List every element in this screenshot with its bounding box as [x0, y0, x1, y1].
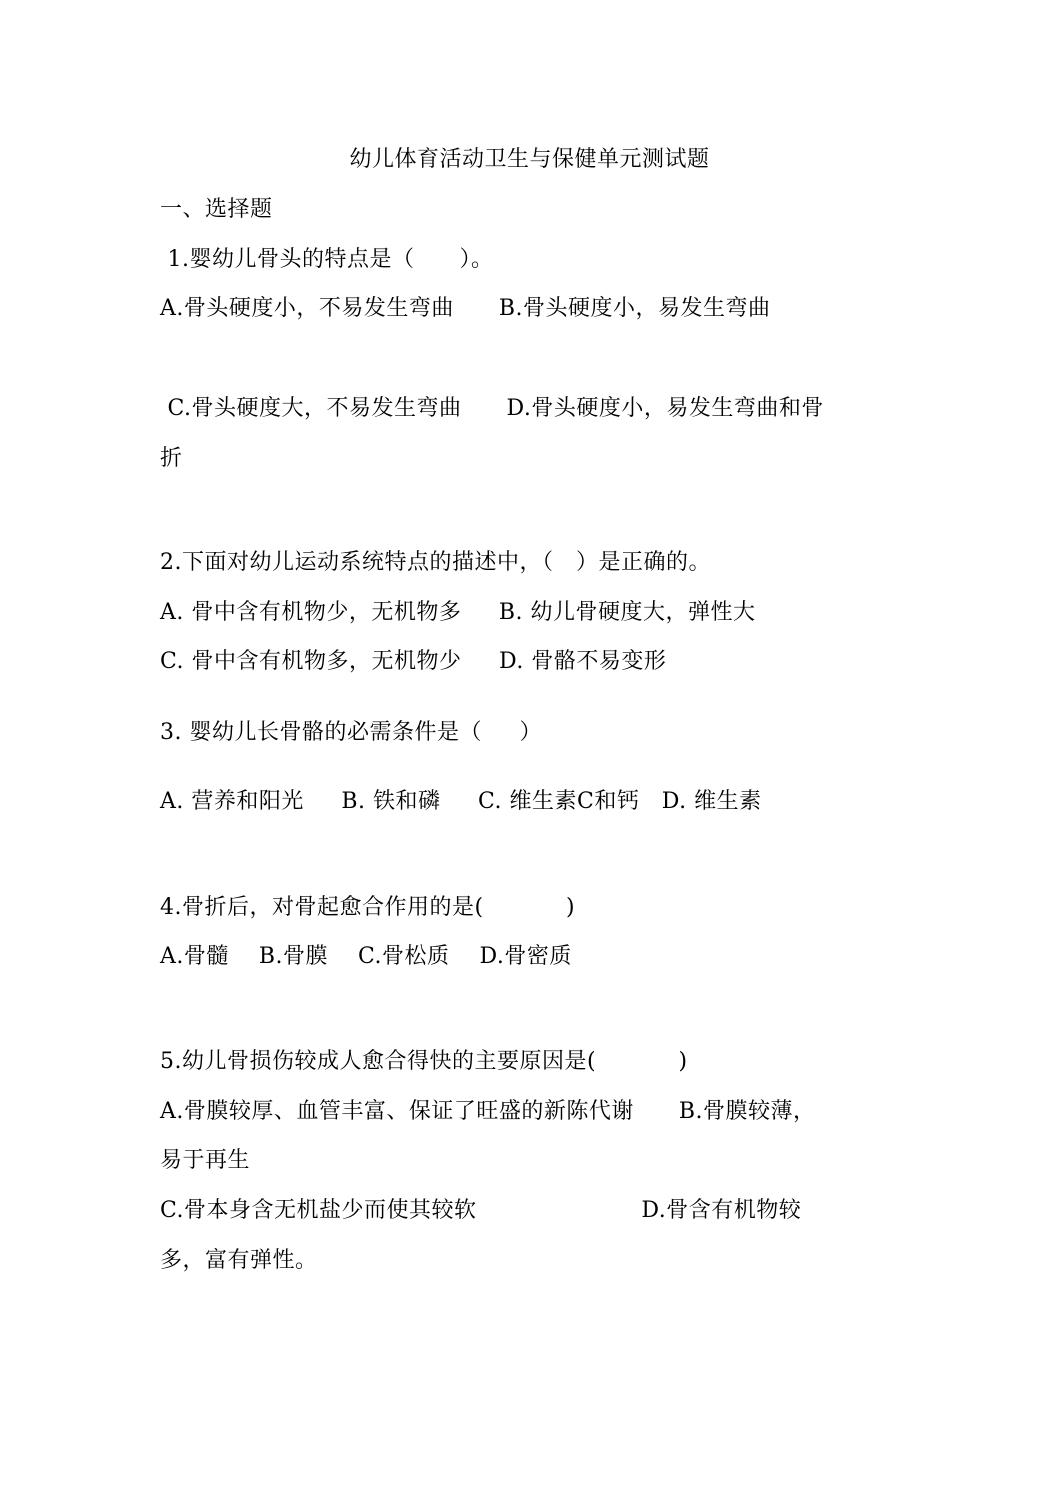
question-options-line: A. 骨中含有机物少，无机物多 B. 幼儿骨硬度大，弹性大	[160, 599, 756, 627]
question-options-line: C.骨本身含无机盐少而使其较软 D.骨含有机物较	[160, 1197, 801, 1225]
question-options-line: C. 骨中含有机物多，无机物少 D. 骨骼不易变形	[160, 648, 666, 676]
question-options-line: A.骨髓 B.骨膜 C.骨松质 D.骨密质	[160, 943, 572, 971]
question-options-line: A. 营养和阳光 B. 铁和磷 C. 维生素C和钙 D. 维生素	[160, 788, 762, 816]
section-heading: 一、选择题	[160, 196, 273, 224]
document-title: 幼儿体育活动卫生与保健单元测试题	[0, 146, 1059, 174]
question-options-line: 易于再生	[160, 1147, 250, 1175]
question-stem: 1.婴幼儿骨头的特点是（ ）。	[160, 246, 493, 274]
question-stem: 4.骨折后，对骨起愈合作用的是( )	[160, 894, 575, 922]
question-stem: 5.幼儿骨损伤较成人愈合得快的主要原因是( )	[160, 1048, 688, 1076]
question-options-line: 多，富有弹性。	[160, 1247, 318, 1275]
question-options-line: A.骨头硬度小，不易发生弯曲 B.骨头硬度小，易发生弯曲	[160, 295, 771, 323]
question-options-line: C.骨头硬度大，不易发生弯曲 D.骨头硬度小，易发生弯曲和骨	[160, 395, 824, 423]
document-page: 幼儿体育活动卫生与保健单元测试题 一、选择题 1.婴幼儿骨头的特点是（ ）。 A…	[0, 0, 1059, 1497]
question-options-line: 折	[160, 445, 183, 473]
question-stem: 2.下面对幼儿运动系统特点的描述中，（ ）是正确的。	[160, 549, 711, 577]
question-options-line: A.骨膜较厚、血管丰富、保证了旺盛的新陈代谢 B.骨膜较薄，	[160, 1098, 816, 1126]
question-stem: 3. 婴幼儿长骨骼的必需条件是（ ）	[160, 719, 542, 747]
